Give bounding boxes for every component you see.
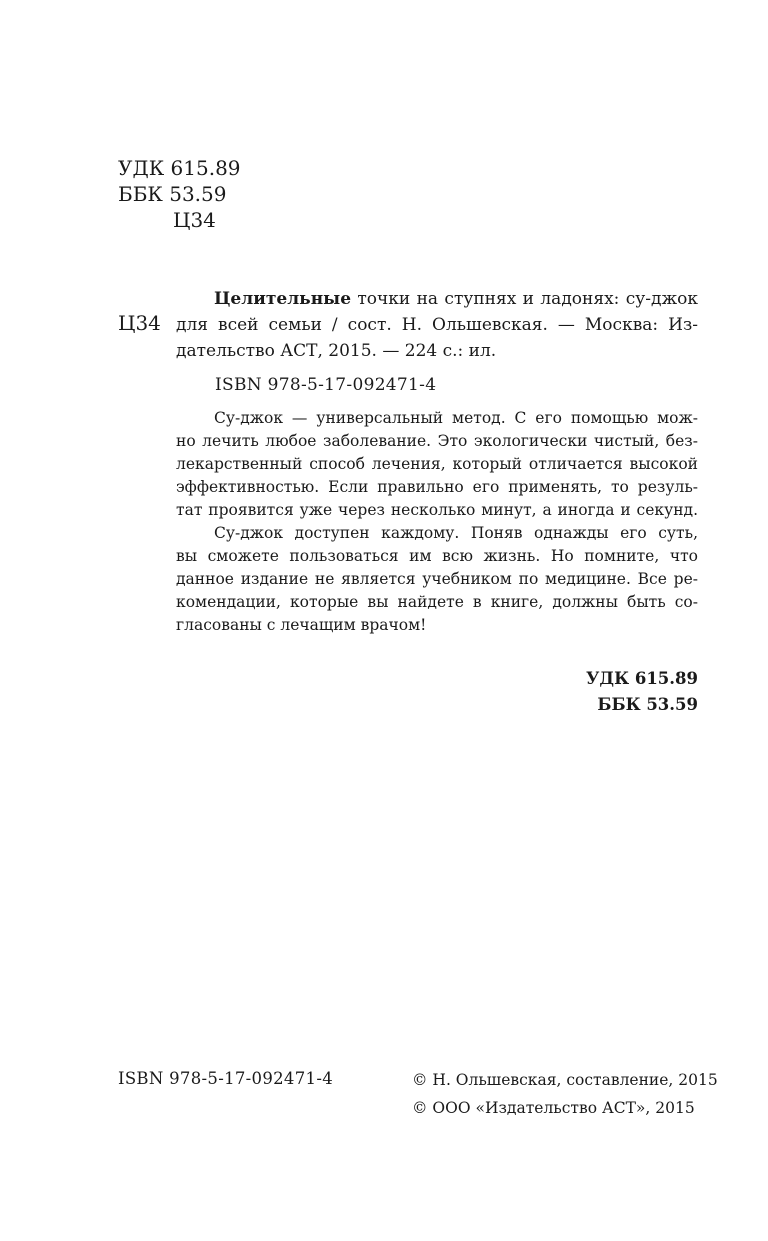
udk-code: УДК 615.89 — [118, 155, 241, 181]
copyright-compiler: © Н. Ольшевская, составление, 2015 — [412, 1066, 718, 1094]
biblio-text: точки на ступнях и ладонях: су-джок — [351, 289, 698, 309]
copyright-notices: © Н. Ольшевская, составление, 2015 © ООО… — [412, 1066, 718, 1122]
annotation: Су-джок — универсальный метод. С его пом… — [176, 407, 698, 637]
udk-code-bold: УДК 615.89 — [586, 666, 698, 692]
annotation-line: Су-джок доступен каждому. Поняв однажды … — [176, 522, 698, 545]
annotation-line: но лечить любое заболевание. Это экологи… — [176, 430, 698, 453]
biblio-line-1: Целительные точки на ступнях и ладонях: … — [176, 286, 698, 312]
bbk-code-bold: ББК 53.59 — [586, 692, 698, 718]
annotation-line: тат проявится уже через несколько минут,… — [176, 499, 698, 522]
author-mark: Ц34 — [118, 207, 241, 233]
classification-codes: УДК 615.89 ББК 53.59 Ц34 — [118, 155, 241, 233]
annotation-line: комендации, которые вы найдете в книге, … — [176, 591, 698, 614]
annotation-line: гласованы с лечащим врачом! — [176, 614, 698, 637]
book-title: Целительные — [214, 289, 351, 309]
annotation-line: вы сможете пользоваться им всю жизнь. Но… — [176, 545, 698, 568]
annotation-line: данное издание не является учебником по … — [176, 568, 698, 591]
biblio-line-2: для всей семьи / сост. Н. Ольшевская. — … — [176, 312, 698, 338]
side-author-mark: Ц34 — [118, 310, 161, 336]
bibliographic-record: Целительные точки на ступнях и ладонях: … — [176, 286, 698, 364]
isbn: ISBN 978-5-17-092471-4 — [215, 372, 436, 398]
annotation-line: лекарственный способ лечения, который от… — [176, 453, 698, 476]
bbk-code: ББК 53.59 — [118, 181, 241, 207]
annotation-line: эффективностью. Если правильно его приме… — [176, 476, 698, 499]
biblio-line-3: дательство АСТ, 2015. — 224 с.: ил. — [176, 338, 698, 364]
footer-isbn: ISBN 978-5-17-092471-4 — [118, 1066, 333, 1092]
classification-codes-bold: УДК 615.89 ББК 53.59 — [586, 666, 698, 718]
copyright-publisher: © ООО «Издательство АСТ», 2015 — [412, 1094, 718, 1122]
annotation-line: Су-джок — универсальный метод. С его пом… — [176, 407, 698, 430]
